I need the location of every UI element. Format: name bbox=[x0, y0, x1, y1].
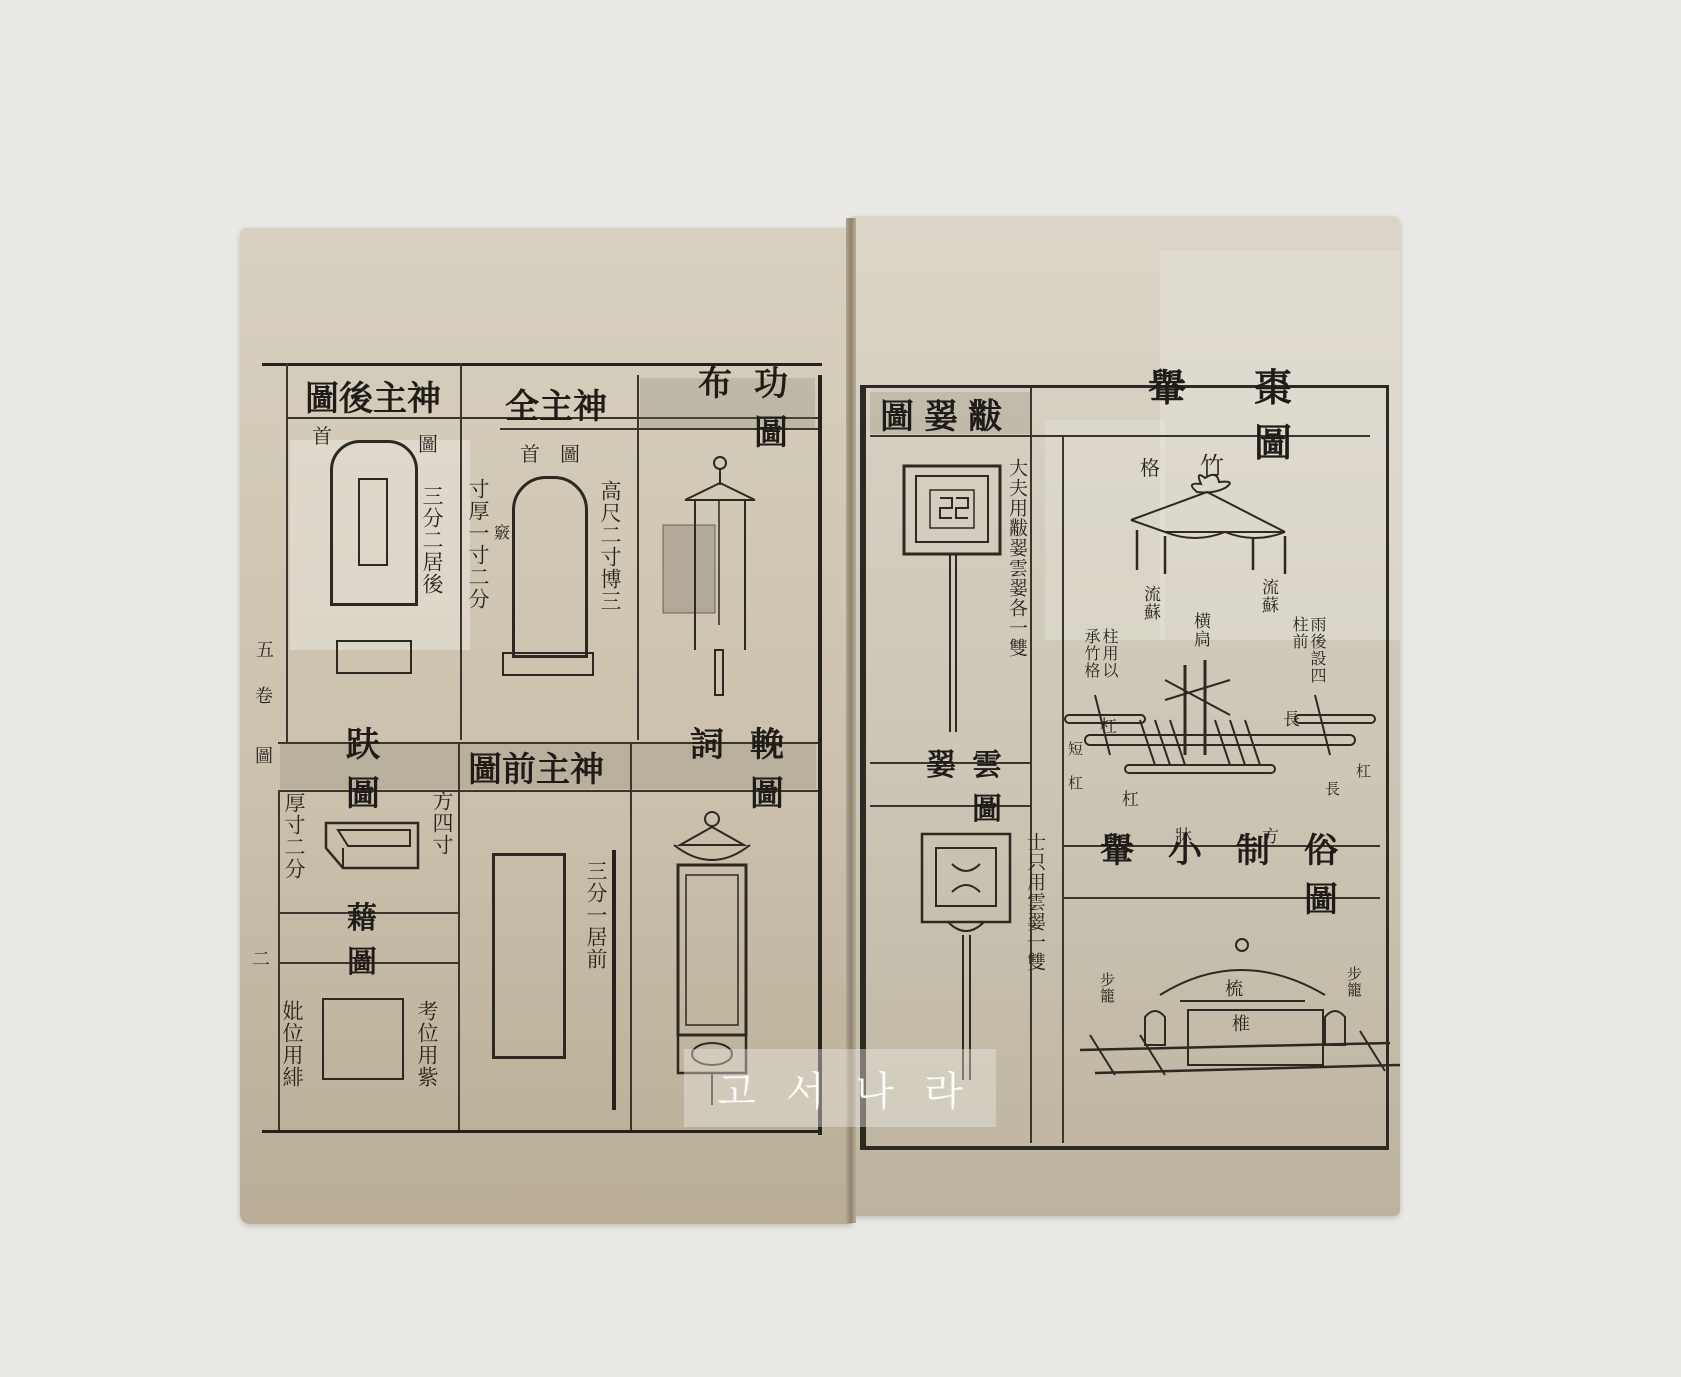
note-fusha: 大夫用黻翣雲翣各一雙 bbox=[1006, 458, 1028, 658]
note-kao: 考位用紫 bbox=[415, 1000, 439, 1088]
left-bottom-border bbox=[262, 1130, 822, 1133]
title-text: 俗制小轝圖 bbox=[1072, 823, 1372, 921]
margin-column-text: 五 bbox=[252, 640, 274, 659]
shenzhu-front-drawing bbox=[492, 853, 566, 1059]
left-right-border bbox=[818, 375, 822, 1135]
fu-base-drawing bbox=[318, 818, 428, 888]
note-height: 高尺二寸博三 bbox=[598, 480, 622, 612]
shenzhu-full-base bbox=[502, 652, 594, 676]
margin-tu: 圖 bbox=[255, 742, 273, 768]
label-shou: 首 bbox=[312, 420, 332, 449]
title-fusha: 黻翣圖 bbox=[880, 392, 1020, 434]
label-bulong-right: 步籠 bbox=[1345, 966, 1362, 998]
label-gang: 杠 bbox=[1356, 760, 1371, 781]
pole-line bbox=[612, 850, 616, 1110]
watermark: 고 서 나 라 bbox=[684, 1049, 996, 1127]
label-shu: 梳 bbox=[1225, 975, 1243, 1001]
label-liusu-left: 流蘇 bbox=[1140, 585, 1159, 621]
margin-juan: 卷 bbox=[255, 682, 273, 708]
note-front: 三分一居前 bbox=[584, 860, 608, 970]
gongbu-banner-drawing bbox=[655, 455, 795, 695]
title-text: 功布圖 bbox=[650, 356, 810, 454]
label-liusu-right: 流蘇 bbox=[1258, 578, 1277, 614]
label-tu: 圖 bbox=[560, 438, 580, 467]
palanquin-frame-drawing bbox=[1065, 655, 1375, 835]
label-gang: 杠 bbox=[1068, 772, 1083, 793]
label-gang: 杠 bbox=[1122, 785, 1139, 810]
label-chang: 長 bbox=[1283, 705, 1300, 730]
watermark-char: 나 bbox=[855, 1060, 894, 1117]
page-number: 二 bbox=[252, 945, 270, 971]
label-zhui: 椎 bbox=[1232, 1010, 1250, 1036]
label-shou: 首 bbox=[520, 438, 540, 467]
label-qiao: 竅 bbox=[494, 520, 510, 543]
title-text: 趺圖 bbox=[310, 717, 440, 815]
title-shenzhu-quan: 神主全 bbox=[505, 378, 635, 428]
watermark-char: 고 bbox=[717, 1060, 756, 1117]
col-divider bbox=[630, 742, 632, 1130]
shenzhu-base bbox=[336, 640, 412, 674]
fusha-fan-drawing bbox=[900, 462, 1010, 742]
title-text: 藉圖 bbox=[305, 893, 435, 981]
title-text: 黻翣圖 bbox=[880, 389, 1012, 438]
note-back: 三分二居後 bbox=[420, 485, 444, 595]
label-gang: 杠 bbox=[1100, 712, 1117, 737]
left-margin-line bbox=[286, 363, 288, 743]
note-fu-thickness: 厚寸二分 bbox=[282, 792, 306, 880]
title-wanci: 輓詞圖 bbox=[640, 744, 810, 788]
title-text: 神主後圖 bbox=[305, 371, 441, 420]
label-duan: 短 bbox=[1068, 738, 1083, 759]
col-divider bbox=[1030, 388, 1032, 1143]
title-text: 神主全 bbox=[505, 379, 607, 428]
note-thickness: 寸厚一寸二分 bbox=[466, 478, 490, 610]
title-shenzhu-hou: 神主後圖 bbox=[305, 370, 455, 420]
small-palanquin-drawing bbox=[1070, 935, 1405, 1075]
shenzhu-back-slot bbox=[358, 478, 388, 566]
title-yunsha: 雲翣圖 bbox=[888, 764, 1018, 804]
title-ji: 藉圖 bbox=[305, 914, 435, 960]
note-fu-square: 方四寸 bbox=[430, 790, 454, 856]
label-hengjiong: 横扃 bbox=[1190, 612, 1209, 648]
col-divider bbox=[1062, 435, 1064, 1143]
shenzhu-full-drawing bbox=[512, 476, 588, 658]
title-fu: 趺圖 bbox=[310, 744, 440, 788]
label-tu: 圖 bbox=[418, 428, 438, 457]
label-chang: 長 bbox=[1325, 778, 1340, 799]
title-text: 輓詞圖 bbox=[640, 717, 810, 815]
title-text: 神主前圖 bbox=[468, 742, 604, 791]
title-text: 雲翣圖 bbox=[888, 740, 1018, 828]
label-bulong-left: 步籠 bbox=[1098, 972, 1115, 1004]
title-shenzhu-qian: 神主前圖 bbox=[468, 744, 623, 788]
ji-mat-drawing bbox=[322, 998, 404, 1080]
watermark-char: 서 bbox=[786, 1060, 825, 1117]
watermark-char: 라 bbox=[924, 1060, 963, 1117]
title-gongbu: 功布圖 bbox=[650, 380, 810, 430]
canopy-drawing bbox=[1125, 470, 1295, 590]
col-divider bbox=[458, 742, 460, 1130]
title-zaoyu: 棗轝圖 bbox=[1070, 390, 1360, 434]
col-divider bbox=[460, 363, 462, 740]
note-yunsha: 士只用雲翣一雙 bbox=[1024, 832, 1046, 972]
note-bi: 妣位用緋 bbox=[280, 1000, 304, 1088]
title-suzhi-xiaoyu: 俗制小轝圖 bbox=[1072, 848, 1372, 896]
